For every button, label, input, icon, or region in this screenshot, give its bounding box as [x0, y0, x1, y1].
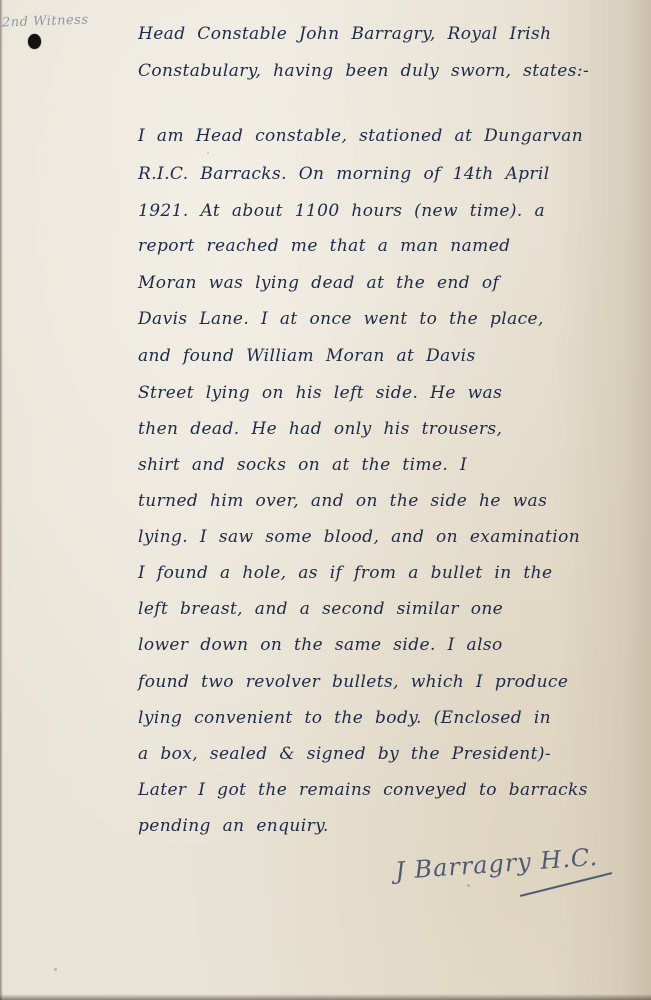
- statement-line: found two revolver bullets, which I prod…: [138, 672, 568, 692]
- statement-line: left breast, and a second similar one: [138, 599, 503, 619]
- statement-line: I found a hole, as if from a bullet in t…: [138, 563, 552, 583]
- signature: J Barragry H.C.: [394, 843, 599, 885]
- statement-line: lying convenient to the body. (Enclosed …: [138, 708, 551, 728]
- margin-note: 2nd Witness: [2, 12, 89, 30]
- heading-line: Head Constable John Barragry, Royal Iris…: [138, 24, 551, 44]
- statement-line: Moran was lying dead at the end of: [138, 273, 499, 293]
- statement-line: a box, sealed & signed by the President)…: [138, 744, 551, 764]
- statement-line: Davis Lane. I at once went to the place,: [138, 309, 544, 329]
- page-left-edge: [0, 0, 3, 1000]
- statement-line: Later I got the remains conveyed to barr…: [138, 780, 588, 800]
- statement-line: lower down on the same side. I also: [138, 635, 503, 655]
- statement-line: and found William Moran at Davis: [138, 346, 476, 366]
- statement-line: R.I.C. Barracks. On morning of 14th Apri…: [138, 164, 550, 184]
- signature-underline: [520, 872, 613, 897]
- paper-stain: [207, 152, 209, 154]
- statement-line: Street lying on his left side. He was: [138, 383, 502, 403]
- page-bottom-edge: [0, 994, 651, 1000]
- statement-line: pending an enquiry.: [138, 816, 329, 836]
- statement-line: I am Head constable, stationed at Dungar…: [138, 126, 583, 146]
- statement-line: 1921. At about 1100 hours (new time). a: [138, 201, 545, 221]
- statement-line: lying. I saw some blood, and on examinat…: [138, 527, 580, 547]
- document-page: 2nd Witness Head Constable John Barragry…: [0, 0, 651, 1000]
- paper-stain: [54, 968, 57, 971]
- punch-hole: [28, 34, 41, 49]
- statement-line: then dead. He had only his trousers,: [138, 419, 502, 439]
- statement-line: turned him over, and on the side he was: [138, 491, 547, 511]
- statement-line: report reached me that a man named: [138, 236, 510, 256]
- paper-stain: [467, 884, 470, 887]
- heading-line: Constabulary, having been duly sworn, st…: [138, 61, 589, 81]
- statement-line: shirt and socks on at the time. I: [138, 455, 467, 475]
